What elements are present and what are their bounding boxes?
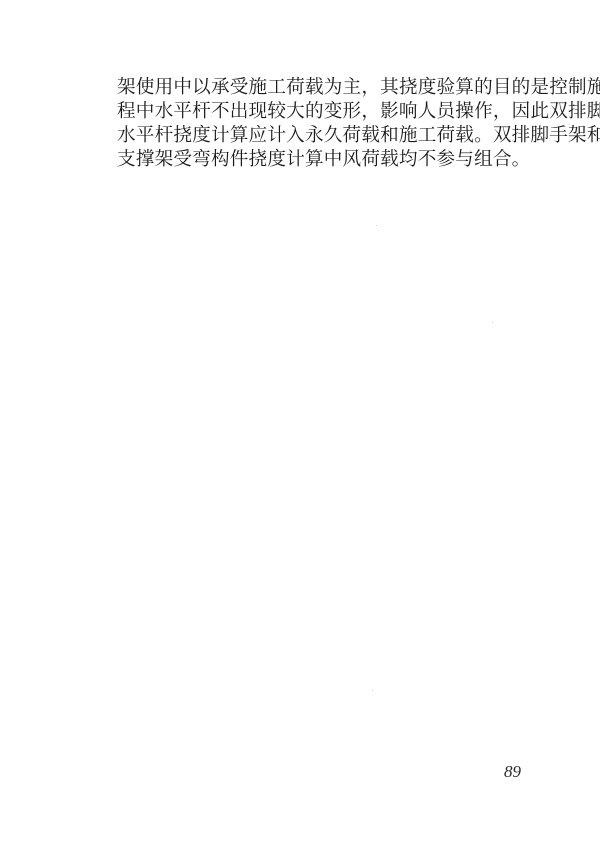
body-paragraph: 架使用中以承受施工荷载为主，其挠度验算的目的是控制施工过 程中水平杆不出现较大的…	[117, 76, 521, 172]
paragraph-line: 水平杆挠度计算应计入永久荷载和施工荷载。双排脚手架和模板	[117, 124, 521, 148]
scan-speck	[372, 690, 373, 691]
page-number: 89	[504, 762, 521, 782]
paragraph-line: 架使用中以承受施工荷载为主，其挠度验算的目的是控制施工过	[117, 76, 521, 100]
paragraph-line: 支撑架受弯构件挠度计算中风荷载均不参与组合。	[117, 148, 521, 172]
scan-speck	[376, 225, 377, 226]
document-page: 架使用中以承受施工荷载为主，其挠度验算的目的是控制施工过 程中水平杆不出现较大的…	[0, 0, 600, 848]
scan-speck	[492, 322, 493, 323]
paragraph-line: 程中水平杆不出现较大的变形，影响人员操作，因此双排脚手架	[117, 100, 521, 124]
